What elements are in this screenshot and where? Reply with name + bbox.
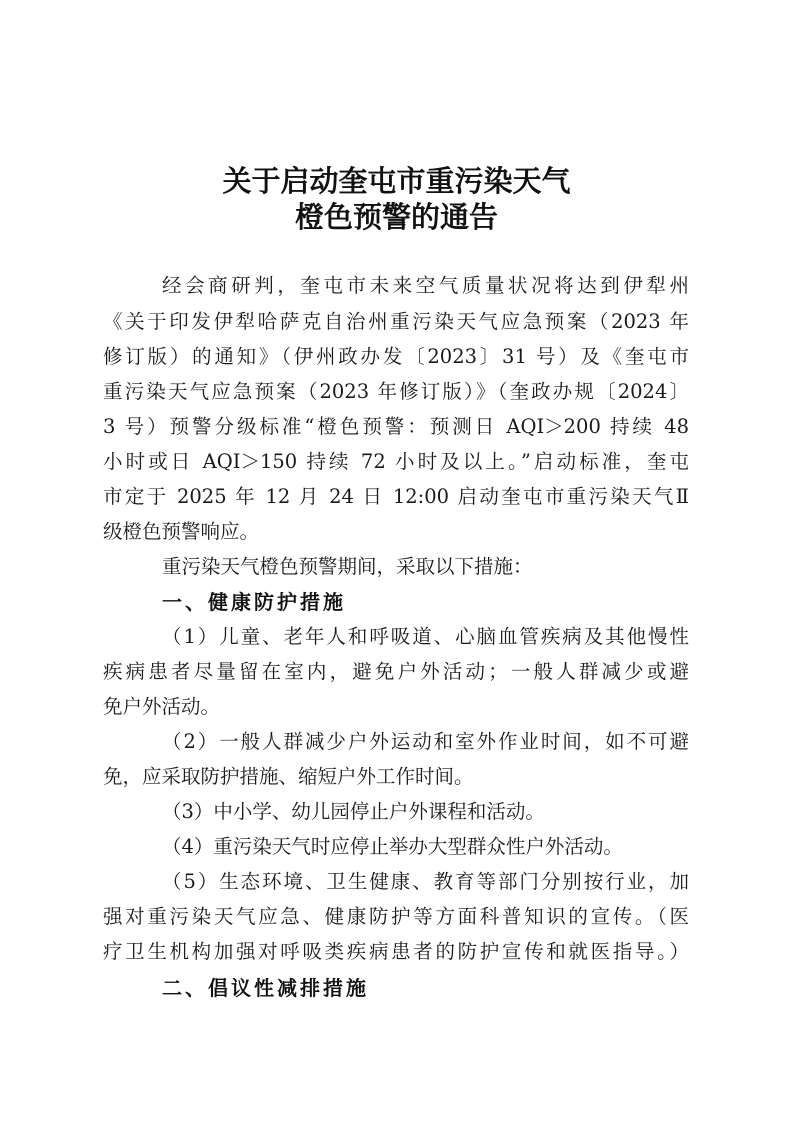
document-title-line-1: 关于启动奎屯市重污染天气 bbox=[0, 163, 793, 199]
intro-line: 级橙色预警响应。 bbox=[103, 518, 689, 546]
section-heading-health: 一、健康防护措施 bbox=[162, 588, 346, 616]
measure-item-line: （3）中小学、幼儿园停止户外课程和活动。 bbox=[162, 798, 689, 826]
document-page: 关于启动奎屯市重污染天气 橙色预警的通告 经会商研判，奎屯市未来空气质量状况将达… bbox=[0, 0, 793, 1122]
measure-item-line: （2）一般人群减少户外运动和室外作业时间，如不可避 bbox=[162, 728, 689, 756]
measure-item-line: 免户外活动。 bbox=[103, 693, 689, 721]
intro-line: 市定于 2025 年 12 月 24 日 12:00 启动奎屯市重污染天气Ⅱ bbox=[103, 483, 689, 511]
measure-item-line: （4）重污染天气时应停止举办大型群众性户外活动。 bbox=[162, 833, 689, 861]
measure-item-line: （1）儿童、老年人和呼吸道、心脑血管疾病及其他慢性 bbox=[162, 623, 689, 651]
measure-item-line: 疾病患者尽量留在室内，避免户外活动；一般人群减少或避 bbox=[103, 658, 689, 686]
intro-line: 重污染天气应急预案（2023 年修订版）》（奎政办规〔2024〕 bbox=[103, 378, 689, 406]
document-title-line-2: 橙色预警的通告 bbox=[0, 199, 793, 235]
intro-line: 3 号）预警分级标准“橙色预警：预测日 AQI＞200 持续 48 bbox=[103, 413, 689, 441]
measure-item-line: 强对重污染天气应急、健康防护等方面科普知识的宣传。（医 bbox=[103, 903, 689, 931]
measure-item-line: （5）生态环境、卫生健康、教育等部门分别按行业，加 bbox=[162, 868, 689, 896]
intro-line: 经会商研判，奎屯市未来空气质量状况将达到伊犁州 bbox=[162, 272, 689, 300]
intro-line: 《关于印发伊犁哈萨克自治州重污染天气应急预案（2023 年 bbox=[103, 308, 689, 336]
intro-line: 修订版）的通知》（伊州政办发〔2023〕31 号）及《奎屯市 bbox=[103, 343, 689, 371]
section-heading-emission-reduction: 二、倡议性减排措施 bbox=[162, 974, 369, 1002]
intro-line: 小时或日 AQI＞150 持续 72 小时及以上。”启动标准，奎屯 bbox=[103, 448, 689, 476]
measures-intro: 重污染天气橙色预警期间，采取以下措施： bbox=[162, 553, 689, 581]
measure-item-line: 疗卫生机构加强对呼吸类疾病患者的防护宣传和就医指导。） bbox=[103, 938, 689, 966]
measure-item-line: 免，应采取防护措施、缩短户外工作时间。 bbox=[103, 763, 689, 791]
